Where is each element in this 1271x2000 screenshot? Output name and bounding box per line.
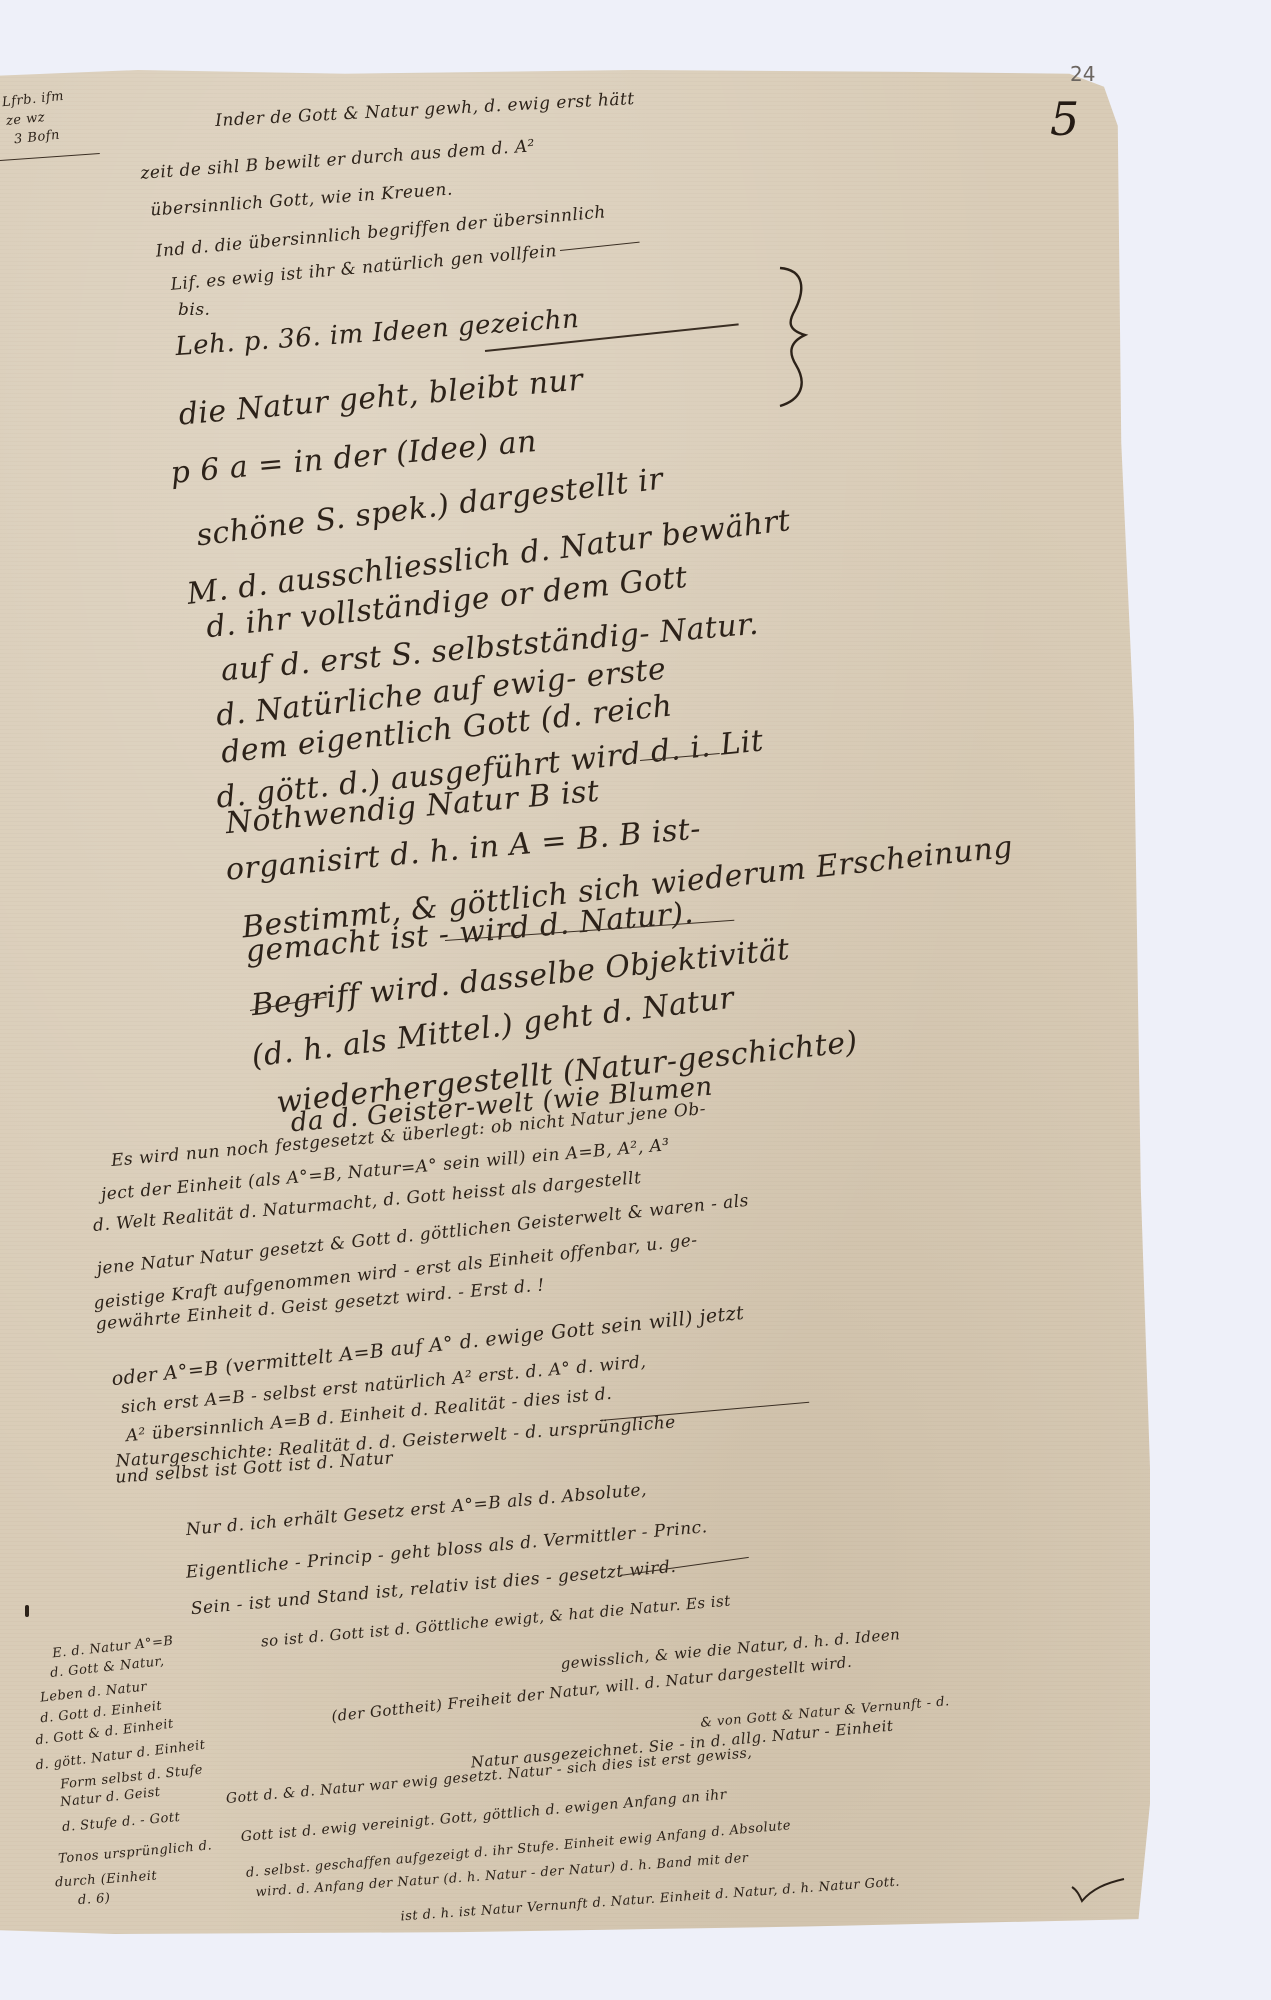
margin-note-bottom-12: d. 6) (78, 1891, 111, 1908)
curly-brace-mark (760, 260, 830, 410)
page-number: 5 (1050, 92, 1079, 146)
pencil-folio-number: 24 (1070, 62, 1095, 86)
checkmark-icon (1068, 1875, 1128, 1905)
top-line-6: bis. (178, 300, 210, 320)
ink-dot-mark (25, 1605, 29, 1617)
